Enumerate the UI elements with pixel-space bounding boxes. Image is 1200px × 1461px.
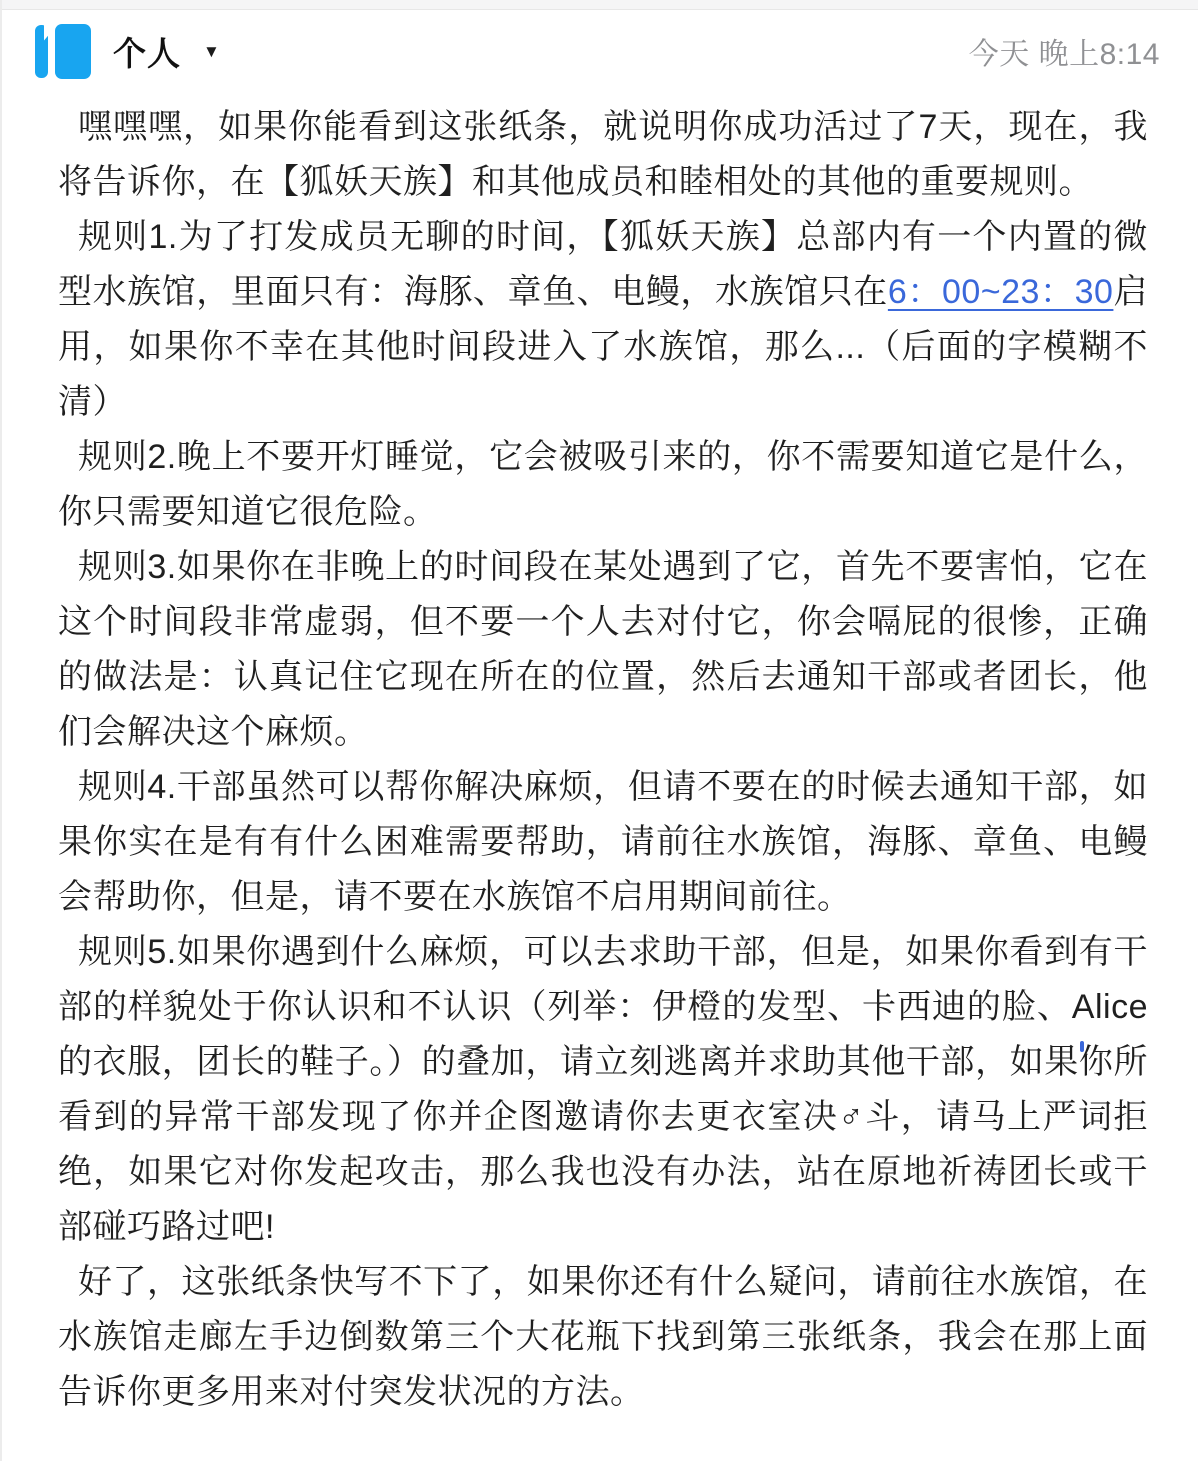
note-paragraph: 好了，这张纸条快写不下了，如果你还有什么疑问，请前往水族馆，在水族馆走廊左手边倒… — [58, 1255, 1148, 1420]
note-paragraph: 规则1.为了打发成员无聊的时间，【狐妖天族】总部内有一个内置的微型水族馆，里面只… — [58, 210, 1148, 430]
note-paragraph: 嘿嘿嘿，如果你能看到这张纸条，就说明你成功活过了7天，现在，我将告诉你，在【狐妖… — [58, 100, 1148, 210]
note-body[interactable]: 嘿嘿嘿，如果你能看到这张纸条，就说明你成功活过了7天，现在，我将告诉你，在【狐妖… — [2, 92, 1198, 1420]
note-paragraph: 规则4.干部虽然可以帮你解决麻烦，但请不要在的时候去通知干部，如果你实在是有有什… — [58, 760, 1148, 925]
stray-cursor-mark — [1080, 1041, 1084, 1052]
note-text: 嘿嘿嘿，如果你能看到这张纸条，就说明你成功活过了7天，现在，我将告诉你，在【狐妖… — [58, 108, 1148, 201]
note-text: 规则5.如果你遇到什么麻烦，可以去求助干部，但是，如果你看到有干部的样貌处于你认… — [58, 933, 1148, 1246]
note-paragraph: 规则3.如果你在非晚上的时间段在某处遇到了它，首先不要害怕，它在这个时间段非常虚… — [58, 540, 1148, 760]
note-text: 好了，这张纸条快写不下了，如果你还有什么疑问，请前往水族馆，在水族馆走廊左手边倒… — [58, 1263, 1148, 1411]
notebook-selector[interactable]: 个人 ▼ — [35, 24, 220, 79]
note-app-page: 个人 ▼ 今天 晚上8:14 嘿嘿嘿，如果你能看到这张纸条，就说明你成功活过了7… — [0, 0, 1198, 1461]
notebook-name: 个人 — [113, 28, 181, 75]
notebook-icon — [35, 24, 91, 79]
note-text: 规则3.如果你在非晚上的时间段在某处遇到了它，首先不要害怕，它在这个时间段非常虚… — [58, 548, 1148, 751]
note-paragraph: 规则2.晚上不要开灯睡觉，它会被吸引来的，你不需要知道它是什么，你只需要知道它很… — [58, 430, 1148, 540]
note-paragraph: 规则5.如果你遇到什么麻烦，可以去求助干部，但是，如果你看到有干部的样貌处于你认… — [58, 925, 1148, 1255]
top-edge-strip — [2, 0, 1198, 10]
note-timestamp: 今天 晚上8:14 — [969, 29, 1160, 73]
note-header: 个人 ▼ 今天 晚上8:14 — [2, 10, 1198, 92]
chevron-down-icon: ▼ — [203, 42, 220, 62]
time-range-link[interactable]: 6：00~23：30 — [888, 273, 1114, 311]
note-text: 规则4.干部虽然可以帮你解决麻烦，但请不要在的时候去通知干部，如果你实在是有有什… — [58, 768, 1148, 916]
note-text: 规则2.晚上不要开灯睡觉，它会被吸引来的，你不需要知道它是什么，你只需要知道它很… — [58, 438, 1148, 531]
